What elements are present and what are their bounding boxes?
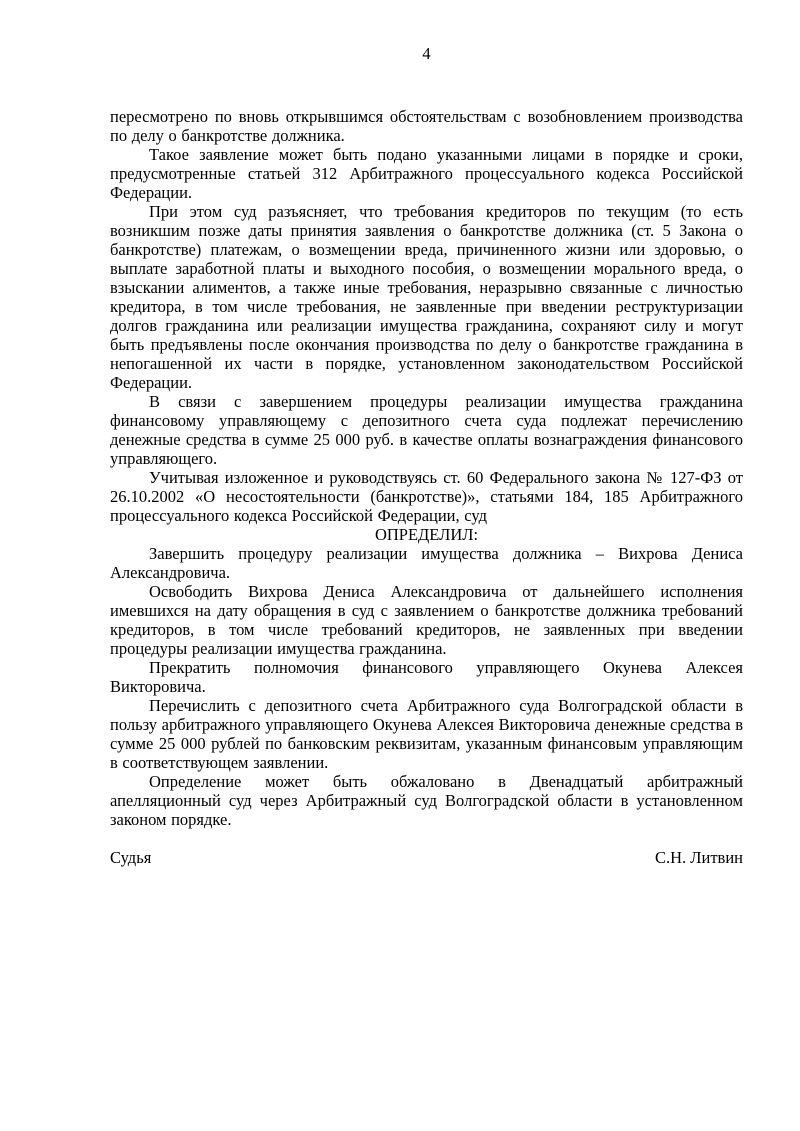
- paragraph-filing-procedure: Такое заявление может быть подано указан…: [110, 145, 743, 202]
- signature-block: Судья С.Н. Литвин: [110, 848, 743, 867]
- paragraph-complete-procedure: Завершить процедуру реализации имущества…: [110, 544, 743, 582]
- paragraph-legal-grounds: Учитывая изложенное и руководствуясь ст.…: [110, 468, 743, 525]
- signature-judge-name: С.Н. Литвин: [655, 848, 743, 867]
- paragraph-continuation: пересмотрено по вновь открывшимся обстоя…: [110, 107, 743, 145]
- paragraph-court-clarification: При этом суд разъясняет, что требования …: [110, 202, 743, 392]
- document-body: пересмотрено по вновь открывшимся обстоя…: [110, 107, 743, 867]
- paragraph-deposit-payment: В связи с завершением процедуры реализац…: [110, 392, 743, 468]
- signature-judge-label: Судья: [110, 848, 151, 867]
- ruling-heading: ОПРЕДЕЛИЛ:: [110, 525, 743, 544]
- page-number: 4: [110, 44, 743, 63]
- paragraph-appeal-notice: Определение может быть обжаловано в Двен…: [110, 772, 743, 829]
- paragraph-release-debtor: Освободить Вихрова Дениса Александровича…: [110, 582, 743, 658]
- paragraph-transfer-funds: Перечислить с депозитного счета Арбитраж…: [110, 696, 743, 772]
- court-ruling-page: 4 пересмотрено по вновь открывшимся обст…: [0, 0, 800, 1131]
- paragraph-terminate-manager: Прекратить полномочия финансового управл…: [110, 658, 743, 696]
